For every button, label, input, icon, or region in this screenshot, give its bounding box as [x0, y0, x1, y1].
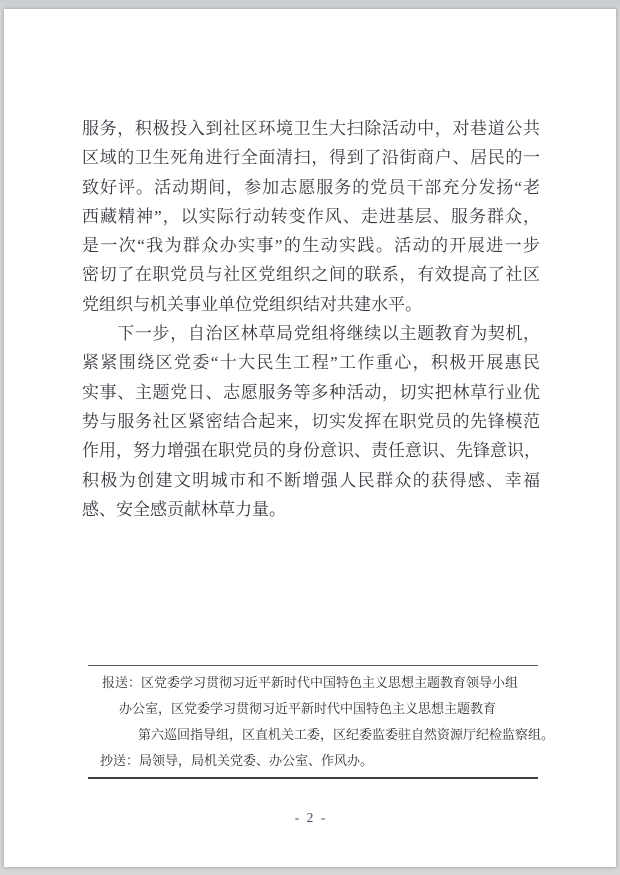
body-line: 势与服务社区紧密结合起来，切实发挥在职党员的先锋模范	[82, 407, 540, 436]
footer-line-chaosong: 抄送：局领导，局机关党委、办公室、作风办。	[88, 748, 538, 774]
distribution-footer: 报送：区党委学习贯彻习近平新时代中国特色主义思想主题教育领导小组 办公室，区党委…	[88, 665, 538, 779]
body-line: 密切了在职党员与社区党组织之间的联系，有效提高了社区	[82, 260, 540, 289]
body-line: 区域的卫生死角进行全面清扫，得到了沿街商户、居民的一	[82, 143, 540, 172]
document-page: 服务，积极投入到社区环境卫生大扫除活动中，对巷道公共 区域的卫生死角进行全面清扫…	[4, 9, 616, 867]
footer-line: 办公室，区党委学习贯彻习近平新时代中国特色主义思想主题教育	[88, 696, 538, 722]
footer-line: 第六巡回指导组，区直机关工委，区纪委监委驻自然资源厅纪检监察组。	[88, 722, 538, 748]
body-line: 致好评。活动期间，参加志愿服务的党员干部充分发扬“老	[82, 173, 540, 202]
footer-bottom-rule	[88, 777, 538, 779]
body-line: 紧紧围绕区党委“十大民生工程”工作重心，积极开展惠民	[82, 348, 540, 377]
body-line: 党组织与机关事业单位党组织结对共建水平。	[82, 290, 540, 319]
body-line: 积极为创建文明城市和不断增强人民群众的获得感、幸福	[82, 466, 540, 495]
footer-line-baosong: 报送：区党委学习贯彻习近平新时代中国特色主义思想主题教育领导小组	[88, 670, 538, 696]
body-line: 下一步，自治区林草局党组将继续以主题教育为契机，	[82, 319, 540, 348]
body-line: 实事、主题党日、志愿服务等多种活动，切实把林草行业优	[82, 378, 540, 407]
page-number: - 2 -	[82, 810, 540, 826]
document-body: 服务，积极投入到社区环境卫生大扫除活动中，对巷道公共 区域的卫生死角进行全面清扫…	[82, 114, 540, 524]
body-line: 服务，积极投入到社区环境卫生大扫除活动中，对巷道公共	[82, 114, 540, 143]
body-line: 作用，努力增强在职党员的身份意识、责任意识、先锋意识，	[82, 436, 540, 465]
body-line: 西藏精神”，以实际行动转变作风、走进基层、服务群众，	[82, 202, 540, 231]
body-line: 是一次“我为群众办实事”的生动实践。活动的开展进一步	[82, 231, 540, 260]
body-line: 感、安全感贡献林草力量。	[82, 495, 540, 524]
